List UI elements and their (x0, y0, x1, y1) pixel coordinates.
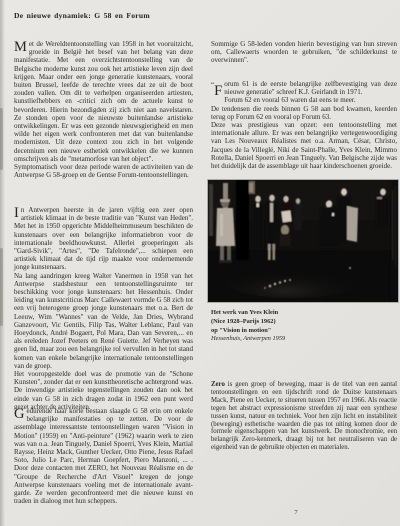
scan-artifact (0, 248, 3, 326)
paragraph-text: Na lang aandringen kreeg Walter Vanermen… (14, 272, 193, 370)
paragraph: Met de Wereldtentoonstelling van 1958 in… (14, 40, 193, 163)
paragraph-text: n Antwerpen heerste in de jaren vijftig … (14, 206, 193, 271)
left-column-block-3: Gedurende haar korte bestaan slaagde G 5… (14, 407, 193, 505)
zero-note-lead: Zero (211, 381, 225, 388)
book-page: De nieuwe dynamiek: G 58 en Forum Met de… (0, 0, 400, 526)
dropcap-g: G (14, 407, 26, 422)
paragraph-text: orum 61 is de eerste belangrijke zelfbev… (224, 80, 397, 96)
paragraph: Gedurende haar korte bestaan slaagde G 5… (14, 407, 193, 505)
zero-note: Zero is geen groep of beweging, maar is … (211, 381, 397, 452)
scan-artifact (0, 108, 3, 170)
dropcap-i: I (14, 206, 21, 221)
paragraph-text: Deze was prestigieus van opzet: een tent… (211, 121, 397, 170)
photo-illustration (208, 180, 398, 302)
dropcap-m: M (14, 40, 29, 55)
caption-line: op "Vision in motion" (211, 327, 381, 336)
paragraph-text: De tendensen die reeds binnen G 58 aan b… (211, 105, 397, 121)
paragraph-text: Sommige G 58-leden vonden hierin bevesti… (211, 40, 397, 65)
paragraph-text: et de Wereldtentoonstelling van 1958 in … (14, 40, 193, 163)
paragraph: In Antwerpen heerste in de jaren vijftig… (14, 206, 193, 272)
page-number: 7 (288, 509, 304, 516)
paragraph-text: edurende haar korte bestaan slaagde G 58… (14, 407, 193, 505)
left-column-block-1: Met de Wereldtentoonstelling van 1958 in… (14, 40, 193, 179)
right-column-block-1: Sommige G 58-leden vonden hierin bevesti… (211, 40, 397, 65)
photo-yves-klein-vision-in-motion (208, 180, 398, 302)
page-title: De nieuwe dynamiek: G 58 en Forum (14, 11, 150, 20)
dropcap-f-wrap: “F (211, 80, 224, 99)
paragraph-text: Het vooropgestelde doel was de promotie … (14, 370, 193, 411)
right-column-block-2: “Forum 61 is de eerste belangrijke zelfb… (211, 80, 397, 170)
zero-note-text: is geen groep of beweging, maar is de ti… (211, 381, 397, 451)
paragraph-text: Forum 62 en vooral 63 waren dat eens te … (211, 96, 397, 104)
caption-line-venue: Hessenhuis, Antwerpen 1959 (211, 335, 381, 344)
paragraph-text: Symptomatisch voor deze periode waren de… (14, 163, 193, 179)
dropcap-f: F (214, 83, 222, 99)
photo-caption: Het werk van Yves Klein (Nice 1928–Parij… (211, 309, 381, 344)
paragraph: “Forum 61 is de eerste belangrijke zelfb… (211, 80, 397, 96)
caption-line: Het werk van Yves Klein (211, 309, 381, 318)
caption-line: (Nice 1928–Parijs 1962) (211, 318, 381, 327)
left-column-block-2: In Antwerpen heerste in de jaren vijftig… (14, 206, 193, 411)
